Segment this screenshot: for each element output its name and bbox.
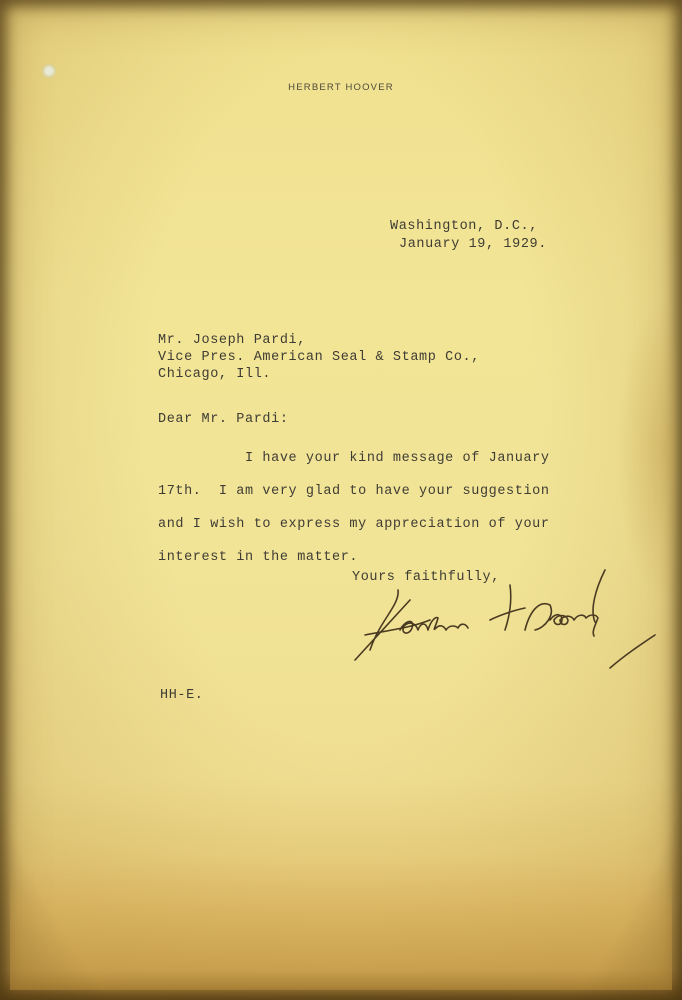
- dateline-place: Washington, D.C.,: [390, 218, 547, 236]
- water-stain-bottom: [10, 860, 672, 990]
- paper-spot: [42, 64, 56, 78]
- letterhead: Herbert Hoover: [0, 82, 682, 93]
- water-stain-right: [616, 300, 676, 600]
- body-line: and I wish to express my appreciation of…: [158, 508, 550, 541]
- recipient-line: Mr. Joseph Pardi,: [158, 332, 480, 349]
- salutation: Dear Mr. Pardi:: [158, 412, 289, 427]
- body-line: 17th. I am very glad to have your sugges…: [158, 475, 550, 508]
- dateline-date: January 19, 1929.: [390, 236, 547, 254]
- letter-body: I have your kind message of January17th.…: [158, 442, 550, 574]
- reference-initials: HH-E.: [160, 688, 204, 703]
- recipient-line: Chicago, Ill.: [158, 366, 480, 383]
- recipient-line: Vice Pres. American Seal & Stamp Co.,: [158, 349, 480, 366]
- letter-paper: Herbert Hoover Washington, D.C.,January …: [0, 0, 682, 1000]
- signature: [350, 560, 670, 675]
- body-line: I have your kind message of January: [158, 442, 550, 475]
- recipient-address: Mr. Joseph Pardi,Vice Pres. American Sea…: [158, 332, 480, 383]
- dateline: Washington, D.C.,January 19, 1929.: [390, 218, 547, 254]
